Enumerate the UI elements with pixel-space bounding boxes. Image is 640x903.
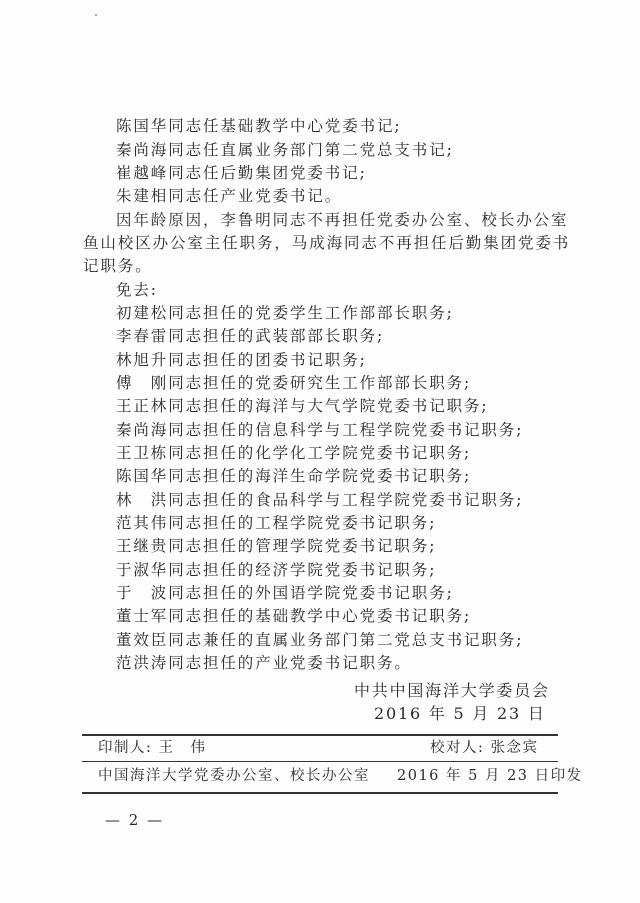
removal-line: 董士军同志担任的基础教学中心党委书记职务;	[116, 606, 471, 626]
age-paragraph-line-2: 鱼山校区办公室主任职务，马成海同志不再担任后勤集团党委书	[83, 233, 570, 253]
removal-line: 初建松同志担任的党委学生工作部部长职务;	[116, 303, 454, 323]
removal-line: 王继贵同志担任的管理学院党委书记职务;	[116, 536, 436, 556]
removal-line: 王卫栋同志担任的化学化工学院党委书记职务;	[116, 443, 471, 463]
removal-line: 秦尚海同志担任的信息科学与工程学院党委书记职务;	[116, 420, 523, 440]
removal-line: 董效臣同志兼任的直属业务部门第二党总支书记职务;	[116, 630, 523, 650]
removal-line: 傅 刚同志担任的党委研究生工作部部长职务;	[116, 373, 471, 393]
footer-rule-bottom	[82, 792, 558, 794]
appointment-line: 崔越峰同志任后勤集团党委书记;	[116, 163, 367, 183]
removal-line: 李春雷同志担任的武装部部长职务;	[116, 326, 384, 346]
removal-line: 王正林同志担任的海洋与大气学院党委书记职务;	[116, 396, 489, 416]
proofreader-label: 校对人: 张念宾	[430, 739, 539, 757]
removal-line: 陈国华同志担任的海洋生命学院党委书记职务;	[116, 466, 471, 486]
appointment-line: 陈国华同志任基础教学中心党委书记;	[116, 116, 402, 136]
removal-line: 于 波同志担任的外国语学院党委书记职务;	[116, 583, 454, 603]
scan-speck	[95, 14, 97, 16]
signature-date: 2016 年 5 月 23 日	[374, 703, 546, 725]
removal-line: 范洪涛同志担任的产业党委书记职务。	[116, 653, 412, 673]
age-paragraph-line-1: 因年龄原因，李鲁明同志不再担任党委办公室、校长办公室	[116, 210, 568, 230]
appointment-line: 朱建相同志任产业党委书记。	[116, 186, 342, 206]
removal-line: 于淑华同志担任的经济学院党委书记职务;	[116, 560, 436, 580]
signature-organization: 中共中国海洋大学委员会	[354, 680, 550, 702]
removal-heading: 免去:	[116, 280, 158, 300]
removal-line: 范其伟同志担任的工程学院党委书记职务;	[116, 513, 436, 533]
printer-label: 印制人: 王 伟	[98, 739, 207, 757]
age-paragraph-line-3: 记职务。	[83, 256, 153, 276]
footer-rule-middle	[82, 761, 558, 762]
page-number: — 2 —	[105, 811, 164, 829]
removal-line: 林旭升同志担任的团委书记职务;	[116, 350, 367, 370]
removal-line: 林 洪同志担任的食品科学与工程学院党委书记职务;	[116, 490, 523, 510]
issuer-label: 中国海洋大学党委办公室、校长办公室	[98, 767, 370, 785]
appointment-line: 秦尚海同志任直属业务部门第二党总支书记;	[116, 140, 454, 160]
footer-rule-top	[82, 734, 558, 736]
issue-date: 2016 年 5 月 23 日印发	[397, 767, 583, 785]
